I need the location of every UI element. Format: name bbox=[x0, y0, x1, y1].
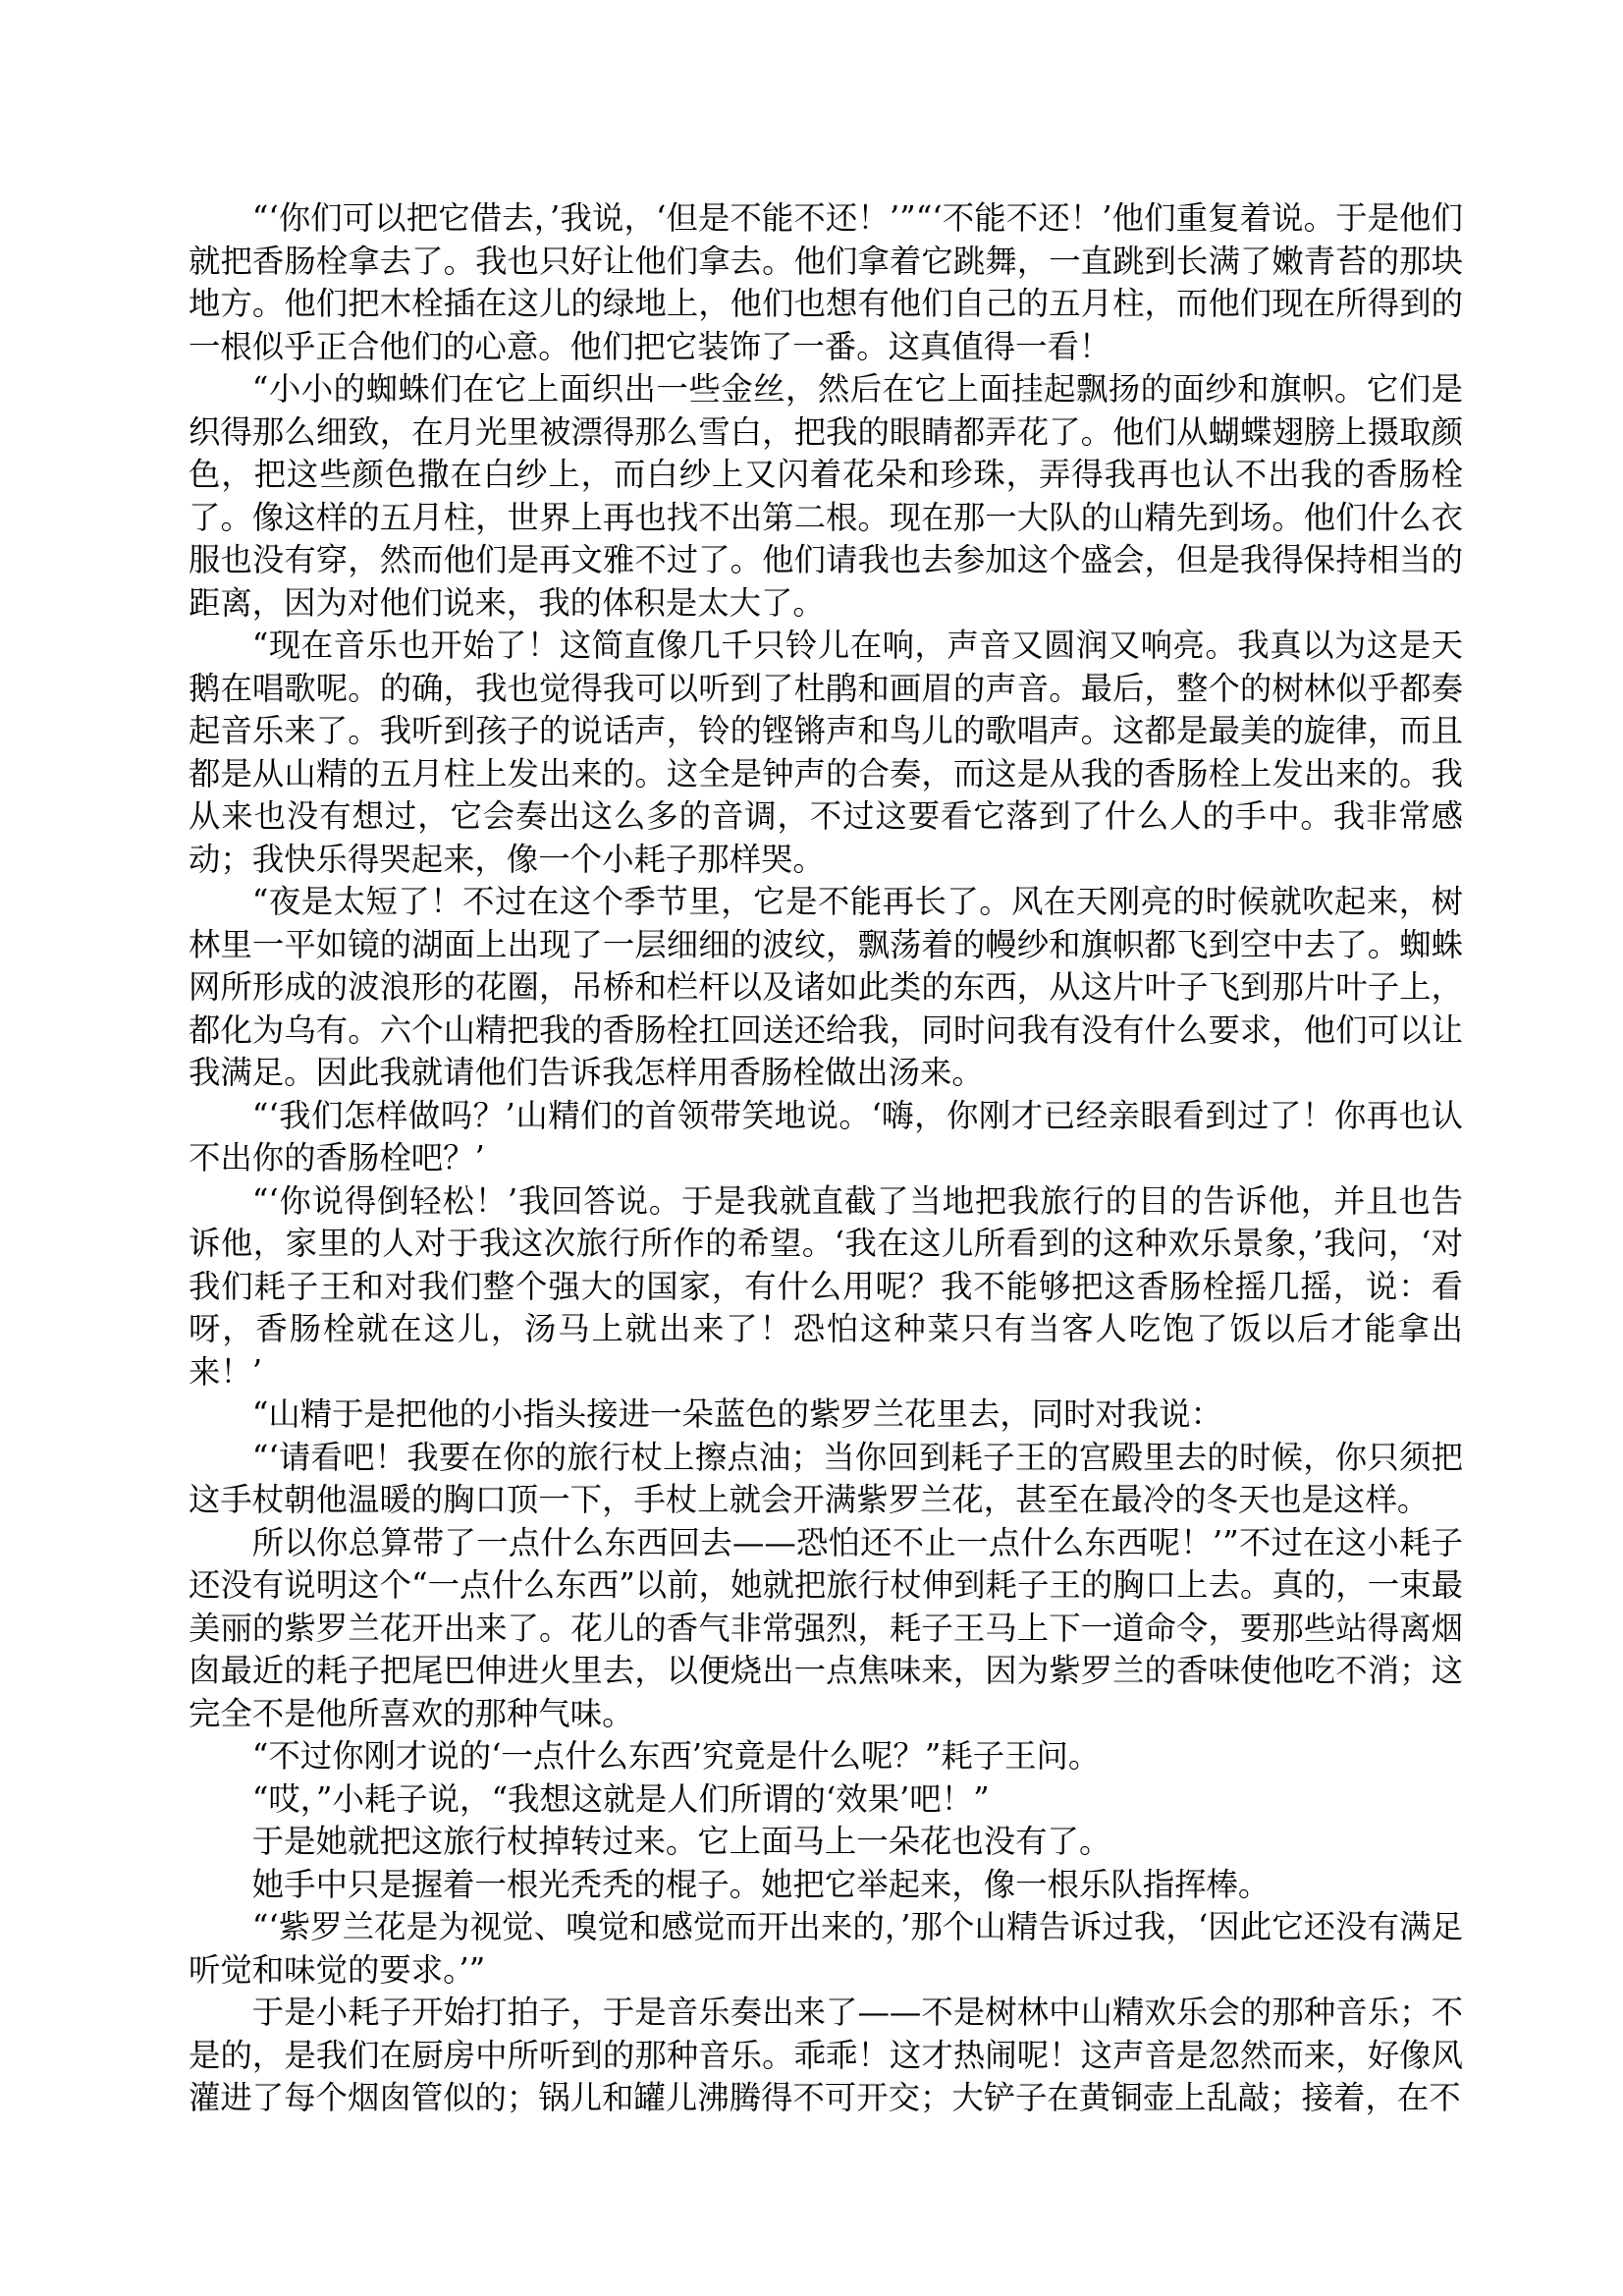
paragraph: 于是小耗子开始打拍子，于是音乐奏出来了——不是树林中山精欢乐会的那种音乐；不是的… bbox=[189, 1992, 1463, 2120]
paragraph: 她手中只是握着一根光秃秃的棍子。她把它举起来，像一根乐队指挥棒。 bbox=[189, 1864, 1463, 1907]
paragraph: “‘你们可以把它借去，’我说，‘但是不能不还！’”“‘不能不还！’他们重复着说。… bbox=[189, 197, 1463, 368]
paragraph: “哎，”小耗子说，“我想这就是人们所谓的‘效果’吧！” bbox=[189, 1778, 1463, 1822]
story-text-block: “‘你们可以把它借去，’我说，‘但是不能不还！’”“‘不能不还！’他们重复着说。… bbox=[189, 197, 1463, 2120]
paragraph: “‘你说得倒轻松！’我回答说。于是我就直截了当地把我旅行的目的告诉他，并且也告诉… bbox=[189, 1180, 1463, 1394]
paragraph: “‘紫罗兰花是为视觉、嗅觉和感觉而开出来的，’那个山精告诉过我，‘因此它还没有满… bbox=[189, 1906, 1463, 1992]
page: “‘你们可以把它借去，’我说，‘但是不能不还！’”“‘不能不还！’他们重复着说。… bbox=[0, 0, 1623, 2296]
paragraph: “夜是太短了！不过在这个季节里，它是不能再长了。风在天刚亮的时候就吹起来，树林里… bbox=[189, 881, 1463, 1095]
paragraph: “小小的蜘蛛们在它上面织出一些金丝，然后在它上面挂起飘扬的面纱和旗帜。它们是织得… bbox=[189, 368, 1463, 625]
paragraph: “现在音乐也开始了！这简直像几千只铃儿在响，声音又圆润又响亮。我真以为这是天鹅在… bbox=[189, 625, 1463, 881]
paragraph: 所以你总算带了一点什么东西回去——恐怕还不止一点什么东西呢！’”不过在这小耗子还… bbox=[189, 1522, 1463, 1736]
paragraph: “不过你刚才说的‘一点什么东西’究竟是什么呢？”耗子王问。 bbox=[189, 1735, 1463, 1778]
paragraph: 于是她就把这旅行杖掉转过来。它上面马上一朵花也没有了。 bbox=[189, 1821, 1463, 1864]
paragraph: “‘我们怎样做吗？’山精们的首领带笑地说。‘嗨，你刚才已经亲眼看到过了！你再也认… bbox=[189, 1095, 1463, 1180]
paragraph: “‘请看吧！我要在你的旅行杖上擦点油；当你回到耗子王的宫殿里去的时候，你只须把这… bbox=[189, 1437, 1463, 1522]
paragraph: “山精于是把他的小指头接进一朵蓝色的紫罗兰花里去，同时对我说： bbox=[189, 1394, 1463, 1437]
